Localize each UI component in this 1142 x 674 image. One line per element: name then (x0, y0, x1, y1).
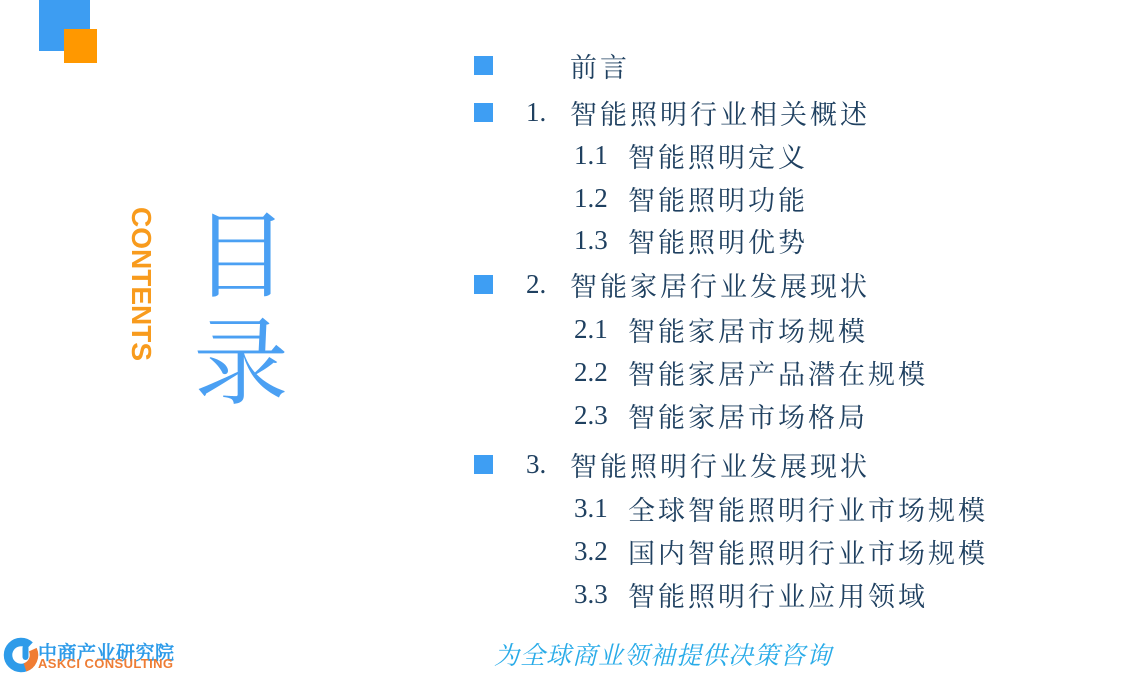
toc-item-3-2: 3.2 国内智能照明行业市场规模 (0, 536, 1142, 566)
toc-item-3-3-number: 3.3 (574, 579, 628, 610)
toc-item-2-1: 2.1 智能家居市场规模 (0, 314, 1142, 344)
toc-preface-label: 前言 (570, 46, 630, 85)
toc-item-2-3: 2.3 智能家居市场格局 (0, 400, 1142, 430)
toc-section-2-title: 智能家居行业发展现状 (570, 265, 870, 304)
toc-item-1-1-label: 智能照明定义 (628, 136, 808, 175)
toc-section-2-heading: 2. 智能家居行业发展现状 (0, 269, 1142, 299)
toc-item-1-3-number: 1.3 (574, 225, 628, 256)
bullet-square-icon (474, 275, 493, 294)
toc-item-3-1-label: 全球智能照明行业市场规模 (628, 489, 988, 528)
toc-item-3-3: 3.3 智能照明行业应用领域 (0, 579, 1142, 609)
toc-item-1-3-label: 智能照明优势 (628, 221, 808, 260)
askci-logo-icon (3, 637, 39, 673)
toc-row-preface: 前言 (0, 50, 1142, 80)
toc-item-2-1-label: 智能家居市场规模 (628, 310, 868, 349)
toc-item-2-3-label: 智能家居市场格局 (628, 396, 868, 435)
bullet-square-icon (474, 103, 493, 122)
toc-item-3-3-label: 智能照明行业应用领域 (628, 575, 928, 614)
footer-slogan: 为全球商业领袖提供决策咨询 (494, 636, 832, 672)
logo-company-name-en: ASKCI CONSULTING (38, 656, 173, 671)
toc-item-3-2-label: 国内智能照明行业市场规模 (628, 532, 988, 571)
toc-item-1-1-number: 1.1 (574, 140, 628, 171)
toc-item-2-1-number: 2.1 (574, 314, 628, 345)
toc-item-2-3-number: 2.3 (574, 400, 628, 431)
bullet-square-icon (474, 56, 493, 75)
toc-item-1-1: 1.1 智能照明定义 (0, 140, 1142, 170)
slide-canvas: CONTENTS 目 录 前言 1. 智能照明行业相关概述 1.1 智能照明定义… (0, 0, 1142, 674)
toc-section-1-number: 1. (526, 97, 570, 128)
toc-item-3-2-number: 3.2 (574, 536, 628, 567)
toc-item-1-2: 1.2 智能照明功能 (0, 183, 1142, 213)
bullet-square-icon (474, 455, 493, 474)
toc-item-2-2-label: 智能家居产品潜在规模 (628, 353, 928, 392)
toc-item-2-2-number: 2.2 (574, 357, 628, 388)
toc-section-3-title: 智能照明行业发展现状 (570, 445, 870, 484)
toc-item-1-2-number: 1.2 (574, 183, 628, 214)
toc-section-3-number: 3. (526, 449, 570, 480)
toc-section-3-heading: 3. 智能照明行业发展现状 (0, 449, 1142, 479)
toc-section-1-heading: 1. 智能照明行业相关概述 (0, 97, 1142, 127)
toc-item-1-3: 1.3 智能照明优势 (0, 225, 1142, 255)
toc-item-3-1-number: 3.1 (574, 493, 628, 524)
toc-section-1-title: 智能照明行业相关概述 (570, 93, 870, 132)
toc-section-2-number: 2. (526, 269, 570, 300)
toc-item-1-2-label: 智能照明功能 (628, 179, 808, 218)
toc-item-3-1: 3.1 全球智能照明行业市场规模 (0, 493, 1142, 523)
toc-item-2-2: 2.2 智能家居产品潜在规模 (0, 357, 1142, 387)
